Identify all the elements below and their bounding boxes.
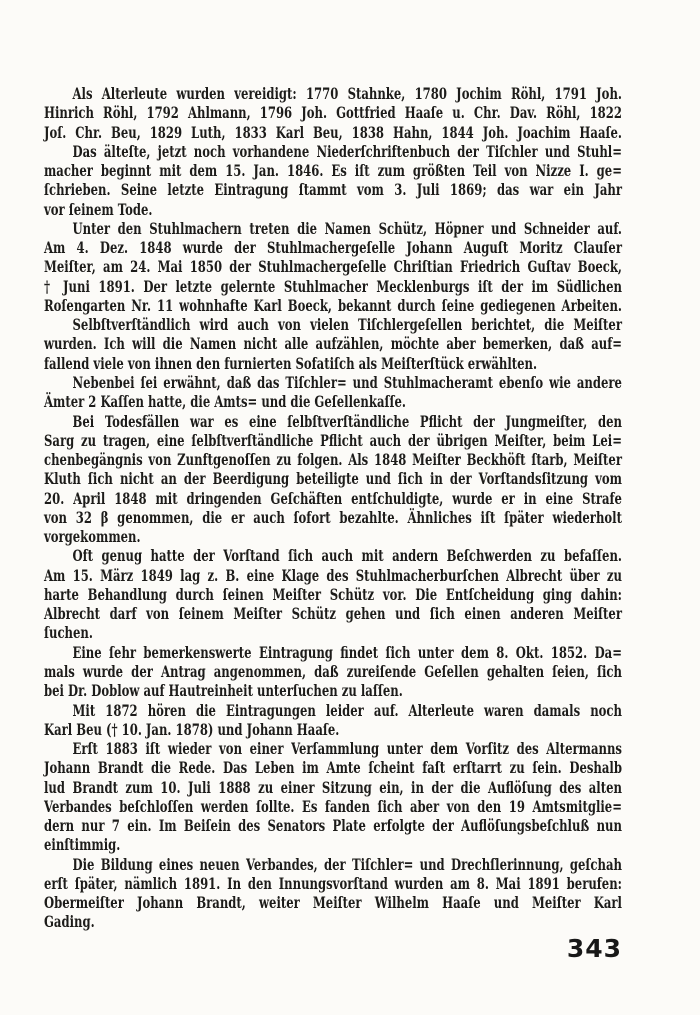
text-line: Unter den Stuhlmachern treten die Namen … bbox=[44, 219, 622, 238]
text-line: Sarg zu tragen, eine ſelbſtverſtändliche… bbox=[44, 431, 622, 450]
text-line: bei Dr. Doblow auf Hautreinheit unterſuc… bbox=[44, 681, 622, 700]
text-line: Am 4. Dez. 1848 wurde der Stuhlmachergeſ… bbox=[44, 238, 622, 257]
text-line: Albrecht darf von ſeinem Meiſter Schütz … bbox=[44, 604, 622, 623]
text-line: macher beginnt mit dem 15. Jan. 1846. Es… bbox=[44, 161, 622, 180]
text-line: Eine ſehr bemerkenswerte Eintragung find… bbox=[44, 643, 622, 662]
text-line: Joſ. Chr. Beu, 1829 Luth, 1833 Karl Beu,… bbox=[44, 123, 622, 142]
text-line: Das älteſte, jetzt noch vorhandene Niede… bbox=[44, 142, 622, 161]
text-line: wurden. Ich will die Namen nicht alle au… bbox=[44, 334, 622, 353]
text-line: Kluth ſich nicht an der Beerdigung betei… bbox=[44, 469, 622, 488]
text-line: mals wurde der Antrag angenommen, daß zu… bbox=[44, 662, 622, 681]
text-line: dern nur 7 ein. Im Beiſein des Senators … bbox=[44, 816, 622, 835]
text-line: Als Alterleute wurden vereidigt: 1770 St… bbox=[44, 84, 622, 103]
text-line: von 32 β genommen, die er auch ſofort be… bbox=[44, 508, 622, 527]
text-line: Nebenbei ſei erwähnt, daß das Tiſchler= … bbox=[44, 373, 622, 392]
text-line: Meiſter, am 24. Mai 1850 der Stuhlmacher… bbox=[44, 257, 622, 276]
text-line: Am 15. März 1849 lag z. B. eine Klage de… bbox=[44, 566, 622, 585]
text-line: Bei Todesfällen war es eine ſelbſtverſtä… bbox=[44, 412, 622, 431]
text-line: harte Behandlung durch ſeinen Meiſter Sc… bbox=[44, 585, 622, 604]
text-line: ſuchen. bbox=[44, 623, 622, 642]
text-line: Verbandes beſchloſſen werden ſollte. Es … bbox=[44, 797, 622, 816]
text-line: Karl Beu († 10. Jan. 1878) und Johann Ha… bbox=[44, 720, 622, 739]
text-line: chenbegängnis von Zunftgenoſſen zu folge… bbox=[44, 450, 622, 469]
text-line: ſchrieben. Seine letzte Eintragung ſtamm… bbox=[44, 180, 622, 199]
text-line: Mit 1872 hören die Eintragungen leider a… bbox=[44, 701, 622, 720]
text-line: erſt ſpäter, nämlich 1891. In den Innung… bbox=[44, 874, 622, 893]
text-line: Die Bildung eines neuen Verbandes, der T… bbox=[44, 855, 622, 874]
text-line: Hinrich Röhl, 1792 Ahlmann, 1796 Joh. Go… bbox=[44, 103, 622, 122]
text-line: vorgekommen. bbox=[44, 527, 622, 546]
text-line: Gading. bbox=[44, 912, 622, 931]
text-line: Johann Brandt die Rede. Das Leben im Amt… bbox=[44, 758, 622, 777]
text-line: Roſengarten Nr. 11 wohnhafte Karl Boeck,… bbox=[44, 296, 622, 315]
page-text-block: Als Alterleute wurden vereidigt: 1770 St… bbox=[44, 84, 622, 932]
text-line: fallend viele von ihnen den furnierten S… bbox=[44, 354, 622, 373]
page-number: 343 bbox=[502, 934, 622, 963]
text-line: vor ſeinem Tode. bbox=[44, 200, 622, 219]
scanned-book-page: Als Alterleute wurden vereidigt: 1770 St… bbox=[0, 0, 700, 1015]
text-line: 20. April 1848 mit dringenden Geſchäften… bbox=[44, 489, 622, 508]
text-line: einſtimmig. bbox=[44, 835, 622, 854]
text-line: Obermeiſter Johann Brandt, weiter Meiſte… bbox=[44, 893, 622, 912]
text-line: † Juni 1891. Der letzte gelernte Stuhlma… bbox=[44, 277, 622, 296]
text-line: lud Brandt zum 10. Juli 1888 zu einer Si… bbox=[44, 778, 622, 797]
text-line: Oft genug hatte der Vorſtand ſich auch m… bbox=[44, 546, 622, 565]
text-line: Ämter 2 Kaſſen hatte, die Amts= und die … bbox=[44, 392, 622, 411]
text-line: Erſt 1883 iſt wieder von einer Verſammlu… bbox=[44, 739, 622, 758]
text-line: Selbſtverſtändlich wird auch von vielen … bbox=[44, 315, 622, 334]
